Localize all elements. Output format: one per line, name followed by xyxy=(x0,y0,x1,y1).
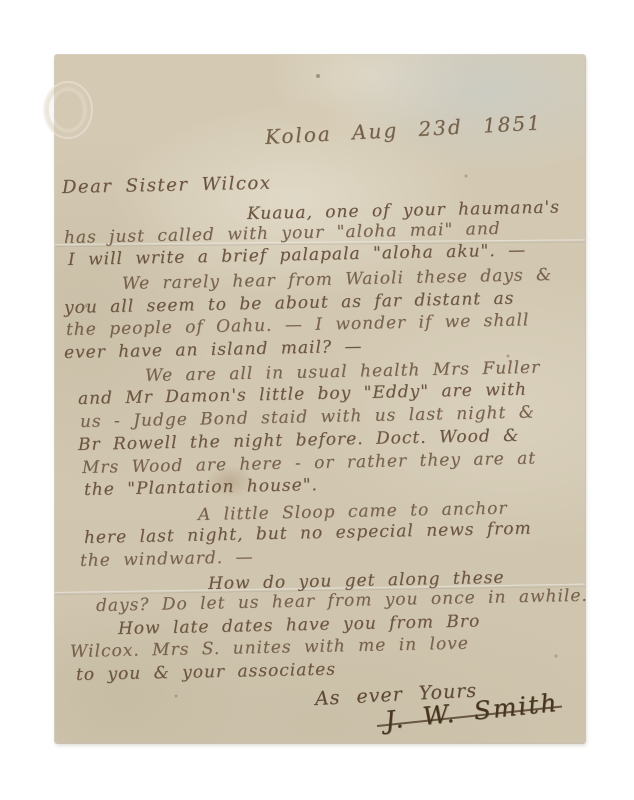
letter-paper: Koloa Aug 23d 1851 Dear Sister Wilcox Ku… xyxy=(55,55,585,743)
letter-line: here last night, but no especial news fr… xyxy=(84,519,532,548)
paper-specks xyxy=(55,55,57,57)
letter-line: to you & your associates xyxy=(76,660,336,685)
letter-line: the "Plantation house". xyxy=(84,475,318,500)
letter-line: ever have an island mail? — xyxy=(64,337,363,363)
letter-dateline: Koloa Aug 23d 1851 xyxy=(264,111,542,149)
embossed-paper-seal xyxy=(43,81,93,139)
letter-salutation: Dear Sister Wilcox xyxy=(62,173,272,198)
letter-scan-background: Koloa Aug 23d 1851 Dear Sister Wilcox Ku… xyxy=(0,0,634,800)
letter-line: the windward. — xyxy=(80,547,254,571)
